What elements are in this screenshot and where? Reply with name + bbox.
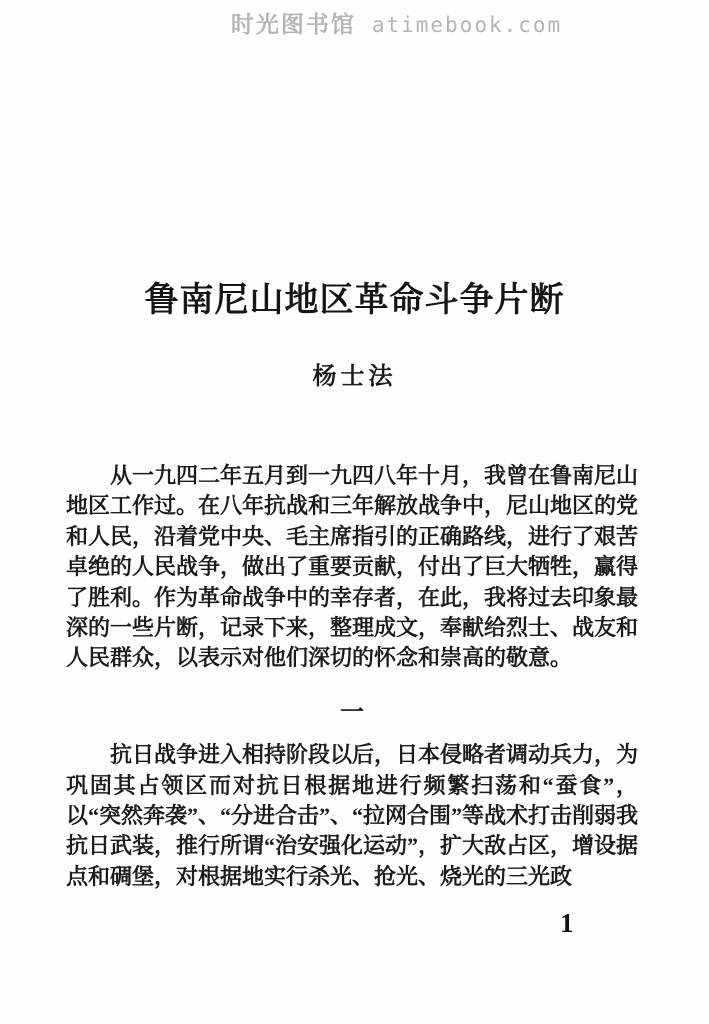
paragraph-section-one: 抗日战争进入相持阶段以后，日本侵略者调动兵力，为巩固其占领区而对抗日根据地进行频…: [66, 740, 638, 892]
watermark-site-url: atimebook.com: [372, 13, 562, 37]
page-number: 1: [560, 908, 574, 939]
watermark: 时光图书馆 atimebook.com: [0, 6, 709, 39]
section-one-marker: 一: [66, 698, 638, 728]
book-page: 时光图书馆 atimebook.com 鲁南尼山地区革命斗争片断 杨士法 从一九…: [0, 0, 709, 1024]
paragraph-intro: 从一九四二年五月到一九四八年十月，我曾在鲁南尼山地区工作过。在八年抗战和三年解放…: [66, 461, 638, 674]
article-author: 杨士法: [0, 356, 709, 391]
article-title: 鲁南尼山地区革命斗争片断: [0, 272, 709, 321]
article-body: 从一九四二年五月到一九四八年十月，我曾在鲁南尼山地区工作过。在八年抗战和三年解放…: [66, 461, 638, 892]
watermark-site-name: 时光图书馆: [231, 6, 356, 39]
